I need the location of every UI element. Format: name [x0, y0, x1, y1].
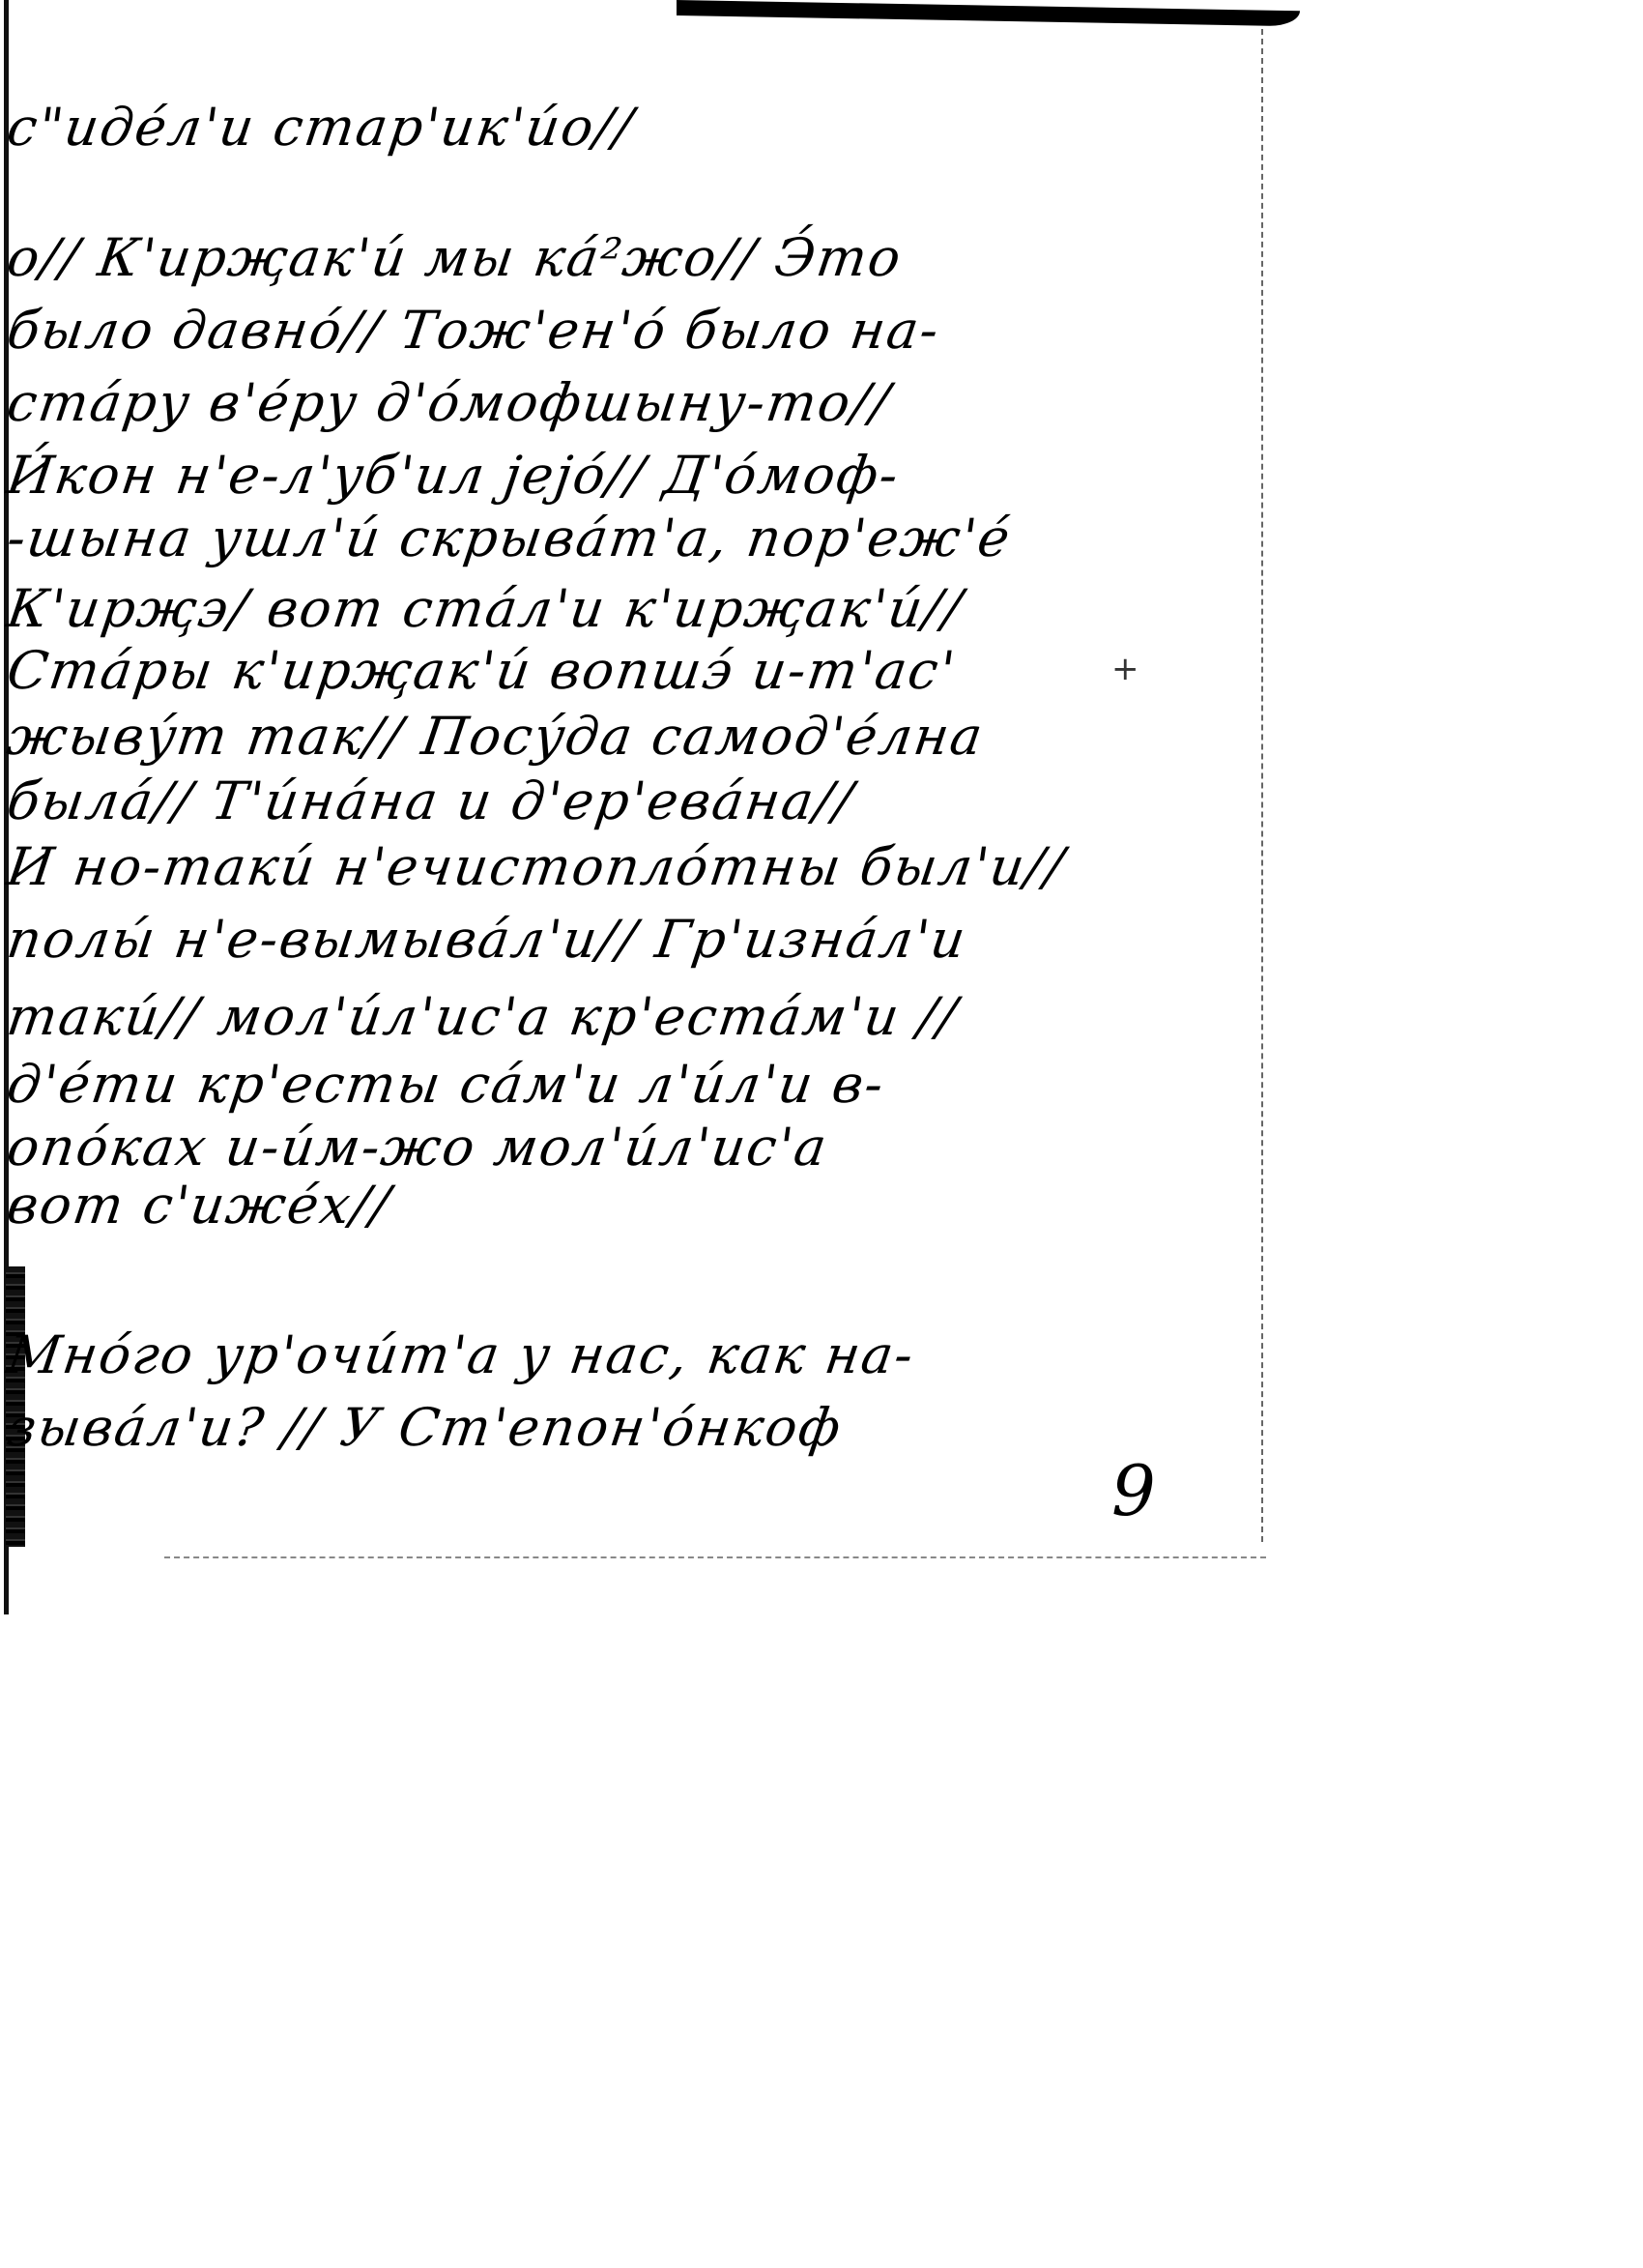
- text-line: с"идéл'и стар'ик'и́о//: [4, 97, 639, 158]
- text-line: Стáры к'ирҗак'и́ вопшэ́ и-т'ас': [4, 640, 961, 701]
- text-line: стáру в'éру д'óмофшыну-то//: [4, 372, 895, 433]
- text-line: было давнó// Тож'ен'ó было на-: [4, 300, 944, 361]
- margin-mark: +: [1111, 650, 1139, 688]
- page-number: 9: [1111, 1450, 1156, 1531]
- text-line: -шына ушл'и́ скрывáт'а, пор'еж'é: [4, 508, 1016, 568]
- page-bottom-border: [164, 1556, 1266, 1558]
- scan-top-edge-shadow: [677, 0, 1300, 26]
- text-line: д'éти кр'есты сáм'и л'и́л'и в-: [4, 1054, 889, 1115]
- text-line: полы́ н'е-вымывáл'и// Гр'изнáл'и: [4, 909, 971, 970]
- page-right-border: [1261, 29, 1263, 1542]
- text-line: о// К'ирҗак'и́ мы кá²жо// Э́то: [4, 227, 907, 288]
- text-line: К'ирҗэ/ вот стáл'и к'ирҗак'и́//: [4, 578, 967, 639]
- text-line: зывáл'и? // У Ст'епон'óнкоф: [4, 1397, 847, 1458]
- text-line: И́кон н'е-л'уб'ил jejó// Д'óмоф-: [4, 445, 904, 506]
- text-line: Мнóго ур'очúт'а у нас, как на-: [4, 1324, 919, 1385]
- text-line: И но-такú н'ечистоплóтны был'и//: [4, 836, 1070, 897]
- text-line: жывýт так// Посýда самод'éлна: [4, 706, 989, 767]
- text-line: такú// мол'и́л'ис'а кр'естáм'и //: [4, 986, 963, 1047]
- text-line: опóках и-и́м-жо мол'и́л'ис'а: [4, 1117, 832, 1178]
- text-line: былá// Т'и́на́на и д'ер'евáна//: [4, 771, 858, 831]
- text-line: вот с'ижéх//: [4, 1175, 395, 1236]
